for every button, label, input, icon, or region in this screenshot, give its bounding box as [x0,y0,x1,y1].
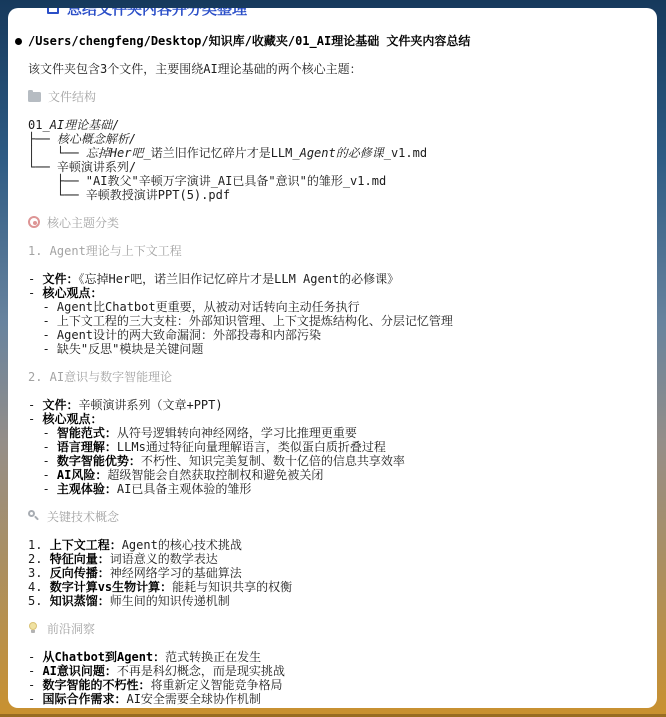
list-item: - 上下文工程的三大支柱：外部知识管理、上下文提炼结构化、分层记忆管理 [28,314,643,328]
text-segment: 不再是科幻概念，而是现实挑战 [117,664,285,678]
spacer [28,76,643,90]
item-label: 从Chatbot到Agent： [42,650,165,664]
item-label: 文件： [42,398,78,412]
item-label: 主观体验： [57,482,117,496]
list-item: - 语言理解：LLMs通过特征向量理解语言，类似蛋白质折叠过程 [28,440,643,454]
text-segment: 01_ [28,118,50,132]
folder-icon [28,92,41,102]
text-segment: 核心概念解析/ [57,132,136,146]
text-segment: └── 辛顿教授演讲PPT(5).pdf [28,188,230,202]
text-segment: 神经网络学习的基础算法 [110,566,242,580]
target-icon [28,216,40,228]
section-header-concepts: 关键技术概念 [28,510,643,524]
text-segment: 3. [28,566,50,580]
text-segment: 从符号逻辑转向神经网络，学习比推理更重要 [117,426,357,440]
text-segment: - [28,412,42,426]
text-segment: - [28,272,42,286]
list-item: - 核心观点： [28,286,643,300]
text-segment: Agent设计的两大致命漏洞：外部投毒和内部污染 [57,328,321,342]
list-item: - 国际合作需求：AI安全需要全球协作机制 [28,692,643,706]
text-segment: - [28,300,57,314]
text-segment: 忘掉Her吧 [86,146,144,160]
todo-label: 总结文件夹内容并分类整理 [67,8,247,18]
spacer [28,104,643,118]
text-segment: 上下文工程的三大支柱：外部知识管理、上下文提炼结构化、分层记忆管理 [57,314,453,328]
text-segment: 词语意义的数学表达 [110,552,218,566]
text-segment: - [28,328,57,342]
text-segment: LLMs通过特征向量理解语言，类似蛋白质折叠过程 [117,440,386,454]
item-label: 核心观点： [42,286,102,300]
bulb-icon [28,622,40,634]
spacer [28,524,643,538]
text-segment: 2. [28,552,50,566]
text-segment: - [28,440,57,454]
text-segment: _诺兰旧作记忆碎片才是LLM_ [143,146,299,160]
text-segment: 缺失"反思"模块是关键问题 [57,342,203,356]
list-item: - 数字智能优势：不朽性、知识完美复制、数十亿倍的信息共享效率 [28,454,643,468]
section-header-insights: 前沿洞察 [28,622,643,636]
spacer [28,202,643,216]
list-item: - 文件：辛顿演讲系列（文章+PPT) [28,398,643,412]
text-segment: _v1.md [384,146,427,160]
checkbox-icon [47,8,59,14]
text-segment: - [28,398,42,412]
section-title: 文件结构 [48,90,96,104]
item-label: 核心观点： [42,412,102,426]
section-header-file-structure: 文件结构 [28,90,643,104]
list-item: - AI意识问题：不再是科幻概念，而是现实挑战 [28,664,643,678]
item-label: 文件： [42,272,78,286]
text-segment: 能耗与知识共享的权衡 [172,580,292,594]
text-segment: - [28,678,42,692]
text-segment: Agent的必修课 [300,146,384,160]
spacer [28,16,643,34]
spacer [28,258,643,272]
bullet-icon [15,38,22,45]
section-title: 前沿洞察 [47,622,95,636]
list-item: - 数字智能的不朽性：将重新定义智能竞争格局 [28,678,643,692]
text-segment: 4. [28,580,50,594]
text-segment: 范式转换正在发生 [165,650,261,664]
summary-title-line: /Users/chengfeng/Desktop/知识库/收藏夹/01_AI理论… [28,34,643,48]
list-item: 2. 特征向量：词语意义的数学表达 [28,552,643,566]
list-item: - AI风险：超级智能会自然获取控制权和避免被关闭 [28,468,643,482]
section-title: 核心主题分类 [47,216,119,230]
list-item: 1. 上下文工程：Agent的核心技术挑战 [28,538,643,552]
intro-text: 该文件夹包含3个文件，主要围绕AI理论基础的两个核心主题： [28,62,362,76]
spacer [28,384,643,398]
list-item: - 缺失"反思"模块是关键问题 [28,342,643,356]
content-panel: 总结文件夹内容并分类整理 /Users/chengfeng/Desktop/知识… [8,8,657,708]
item-label: AI意识问题： [42,664,116,678]
spacer [28,608,643,622]
spacer [28,636,643,650]
magnifier-icon [28,510,40,522]
text-segment: ├── "AI教父"辛顿万字演讲_AI已具备"意识"的雏形_v1.md [28,174,386,188]
item-label: 数字计算vs生物计算： [50,580,172,594]
text-segment: - [28,342,57,356]
spacer [28,496,643,510]
list-item: 5. 知识蒸馏：师生间的知识传递机制 [28,594,643,608]
text-segment: - [28,426,57,440]
window-background: 总结文件夹内容并分类整理 /Users/chengfeng/Desktop/知识… [0,0,666,717]
subsection-heading: 2. AI意识与数字智能理论 [28,370,643,384]
text-segment: - [28,314,57,328]
sections-container: 文件结构01_AI理论基础/├── 核心概念解析/│ └── 忘掉Her吧_诺兰… [28,76,643,706]
tree-line: 01_AI理论基础/ [28,118,643,132]
item-label: 知识蒸馏： [50,594,110,608]
text-segment: - [28,692,42,706]
text-segment: 2. AI意识与数字智能理论 [28,370,172,384]
tree-line: ├── 核心概念解析/ [28,132,643,146]
section-header-themes: 核心主题分类 [28,216,643,230]
tree-line: ├── "AI教父"辛顿万字演讲_AI已具备"意识"的雏形_v1.md [28,174,643,188]
list-item: - 文件：《忘掉Her吧，诺兰旧作记忆碎片才是LLM Agent的必修课》 [28,272,643,286]
item-label: 数字智能的不朽性： [42,678,150,692]
summary-title: /Users/chengfeng/Desktop/知识库/收藏夹/01_AI理论… [28,34,470,48]
spacer [28,48,643,62]
subsection-heading: 1. Agent理论与上下文工程 [28,244,643,258]
item-label: 国际合作需求： [42,692,126,706]
tree-line: └── 辛顿教授演讲PPT(5).pdf [28,188,643,202]
text-segment: - [28,286,42,300]
list-item: - 核心观点： [28,412,643,426]
text-segment: - [28,482,57,496]
text-segment: 辛顿演讲系列（文章+PPT) [78,398,222,412]
text-segment: 不朽性、知识完美复制、数十亿倍的信息共享效率 [141,454,405,468]
text-segment: - [28,454,57,468]
item-label: 上下文工程： [50,538,122,552]
text-segment: └── 辛顿演讲系列/ [28,160,136,174]
item-label: 特征向量： [50,552,110,566]
text-segment: Agent的核心技术挑战 [122,538,242,552]
text-segment: - [28,650,42,664]
text-segment: 《忘掉Her吧，诺兰旧作记忆碎片才是LLM Agent的必修课》 [78,272,399,286]
text-segment: 师生间的知识传递机制 [110,594,230,608]
text-segment: Agent比Chatbot更重要，从被动对话转向主动任务执行 [57,300,360,314]
list-item: - 从Chatbot到Agent：范式转换正在发生 [28,650,643,664]
text-segment: AI理论基础/ [50,118,120,132]
list-item: 4. 数字计算vs生物计算：能耗与知识共享的权衡 [28,580,643,594]
text-segment: ├── [28,132,57,146]
tree-line: └── 辛顿演讲系列/ [28,160,643,174]
text-segment: AI安全需要全球协作机制 [126,692,260,706]
todo-banner[interactable]: 总结文件夹内容并分类整理 [47,8,643,16]
item-label: 语言理解： [57,440,117,454]
text-segment: - [28,468,57,482]
text-segment: AI已具备主观体验的雏形 [117,482,251,496]
section-title: 关键技术概念 [47,510,119,524]
text-segment: 5. [28,594,50,608]
item-label: 反向传播： [50,566,110,580]
text-segment: 1. Agent理论与上下文工程 [28,244,182,258]
list-item: 3. 反向传播：神经网络学习的基础算法 [28,566,643,580]
list-item: - Agent设计的两大致命漏洞：外部投毒和内部污染 [28,328,643,342]
list-item: - 智能范式：从符号逻辑转向神经网络，学习比推理更重要 [28,426,643,440]
item-label: AI风险： [57,468,107,482]
item-label: 智能范式： [57,426,117,440]
list-item: - 主观体验：AI已具备主观体验的雏形 [28,482,643,496]
spacer [28,230,643,244]
list-item: - Agent比Chatbot更重要，从被动对话转向主动任务执行 [28,300,643,314]
text-segment: - [28,664,42,678]
text-segment: 将重新定义智能竞争格局 [150,678,282,692]
spacer [28,356,643,370]
intro-line: 该文件夹包含3个文件，主要围绕AI理论基础的两个核心主题： [28,62,643,76]
tree-line: │ └── 忘掉Her吧_诺兰旧作记忆碎片才是LLM_Agent的必修课_v1.… [28,146,643,160]
text-segment: 超级智能会自然获取控制权和避免被关闭 [107,468,323,482]
text-segment: 1. [28,538,50,552]
item-label: 数字智能优势： [57,454,141,468]
text-segment: │ └── [28,146,86,160]
